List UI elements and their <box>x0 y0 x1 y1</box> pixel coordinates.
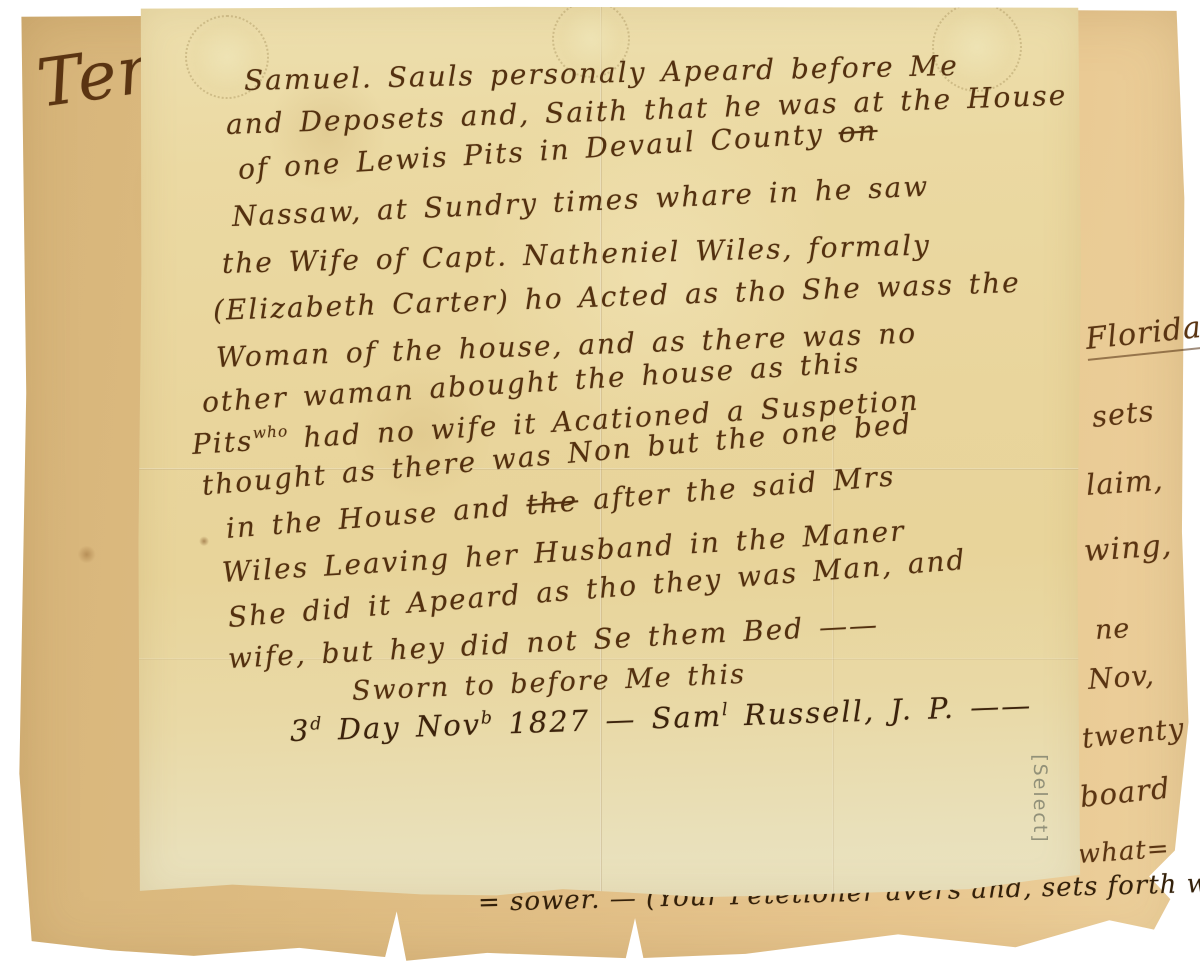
under-sheet-fragment: Nov, <box>1087 658 1156 696</box>
line-text: Pits <box>191 424 254 461</box>
date-year: 1827 <box>493 704 591 741</box>
date-month: Day Nov <box>322 707 482 747</box>
signature-name: Sam <box>651 699 723 735</box>
dash-flourish: — <box>590 701 653 737</box>
under-sheet-left-fragment: Ter <box>33 31 155 123</box>
inserted-word: who <box>252 423 288 443</box>
date-day: 3 <box>289 713 311 748</box>
under-sheet-fragment: what= <box>1077 834 1171 870</box>
dash-flourish: —— <box>954 688 1032 725</box>
date-day-suffix: d <box>310 714 323 734</box>
select-pencil-annotation: [Select] <box>1029 749 1051 849</box>
under-sheet-fragment: wing, <box>1083 528 1174 569</box>
under-sheet-fragment: sets <box>1090 394 1156 434</box>
date-month-suffix: b <box>481 708 494 728</box>
under-sheet-fragment: ne <box>1094 613 1131 646</box>
manuscript-photo: Ter Florida. sets laim, wing, ne Nov, tw… <box>0 0 1200 978</box>
struck-word: on <box>838 114 879 149</box>
under-sheet-fragment: laim, <box>1085 463 1165 502</box>
struck-word: the <box>525 484 579 521</box>
